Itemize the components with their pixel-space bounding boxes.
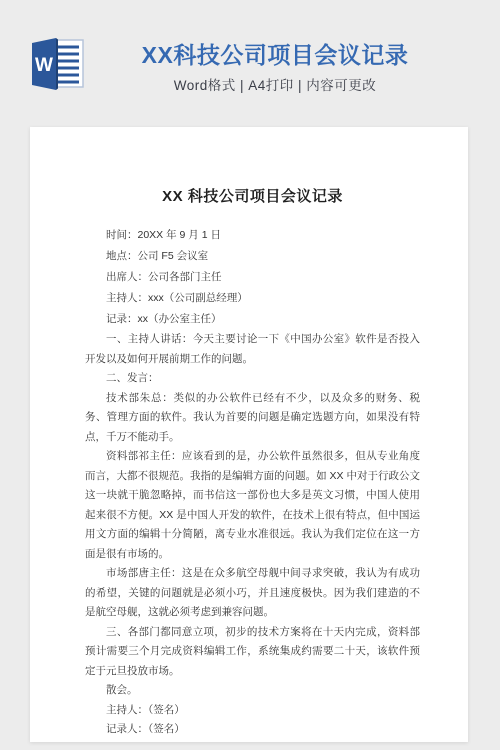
meta-line: 记录：xx（办公室主任）	[85, 309, 420, 330]
paragraph: 市场部唐主任：这是在众多航空母舰中间寻求突破，我认为有成功的希望，关键的问题就是…	[85, 564, 420, 623]
page-subtitle: Word格式 | A4打印 | 内容可更改	[25, 74, 500, 94]
paragraph: 记录人：（签名）	[85, 720, 420, 740]
document-meta: 时间：20XX 年 9 月 1 日地点：公司 F5 会议室出席人：公司各部门主任…	[85, 225, 420, 330]
paragraph: 主持人：（签名）	[85, 701, 420, 721]
paragraph: 资料部祁主任：应该看到的是，办公软件虽然很多，但从专业角度而言，大都不很规范。我…	[85, 447, 420, 564]
meta-line: 时间：20XX 年 9 月 1 日	[85, 225, 420, 246]
meta-line: 出席人：公司各部门主任	[85, 267, 420, 288]
paragraph: 技术部朱总：类似的办公软件已经有不少，以及众多的财务、税务、管理方面的软件。我认…	[85, 389, 420, 448]
meta-line: 地点：公司 F5 会议室	[85, 246, 420, 267]
paragraph: 三、各部门都同意立项，初步的技术方案将在十天内完成，资料部预计需要三个月完成资料…	[85, 623, 420, 682]
document-page: XX 科技公司项目会议记录 时间：20XX 年 9 月 1 日地点：公司 F5 …	[30, 127, 468, 742]
template-preview-page: W XX科技公司项目会议记录 Word格式 | A4打印 | 内容可更改 XX …	[0, 0, 500, 750]
paragraph: 一、主持人讲话：今天主要讨论一下《中国办公室》软件是否投入开发以及如何开展前期工…	[85, 330, 420, 369]
paragraph: 散会。	[85, 681, 420, 701]
page-title: XX科技公司项目会议记录	[25, 40, 500, 70]
header-text: XX科技公司项目会议记录 Word格式 | A4打印 | 内容可更改	[25, 40, 500, 94]
header: W XX科技公司项目会议记录 Word格式 | A4打印 | 内容可更改	[0, 0, 500, 127]
document-body: 一、主持人讲话：今天主要讨论一下《中国办公室》软件是否投入开发以及如何开展前期工…	[85, 330, 420, 740]
document-title: XX 科技公司项目会议记录	[85, 185, 420, 209]
paragraph: 二、发言：	[85, 369, 420, 389]
meta-line: 主持人：xxx（公司副总经理）	[85, 288, 420, 309]
